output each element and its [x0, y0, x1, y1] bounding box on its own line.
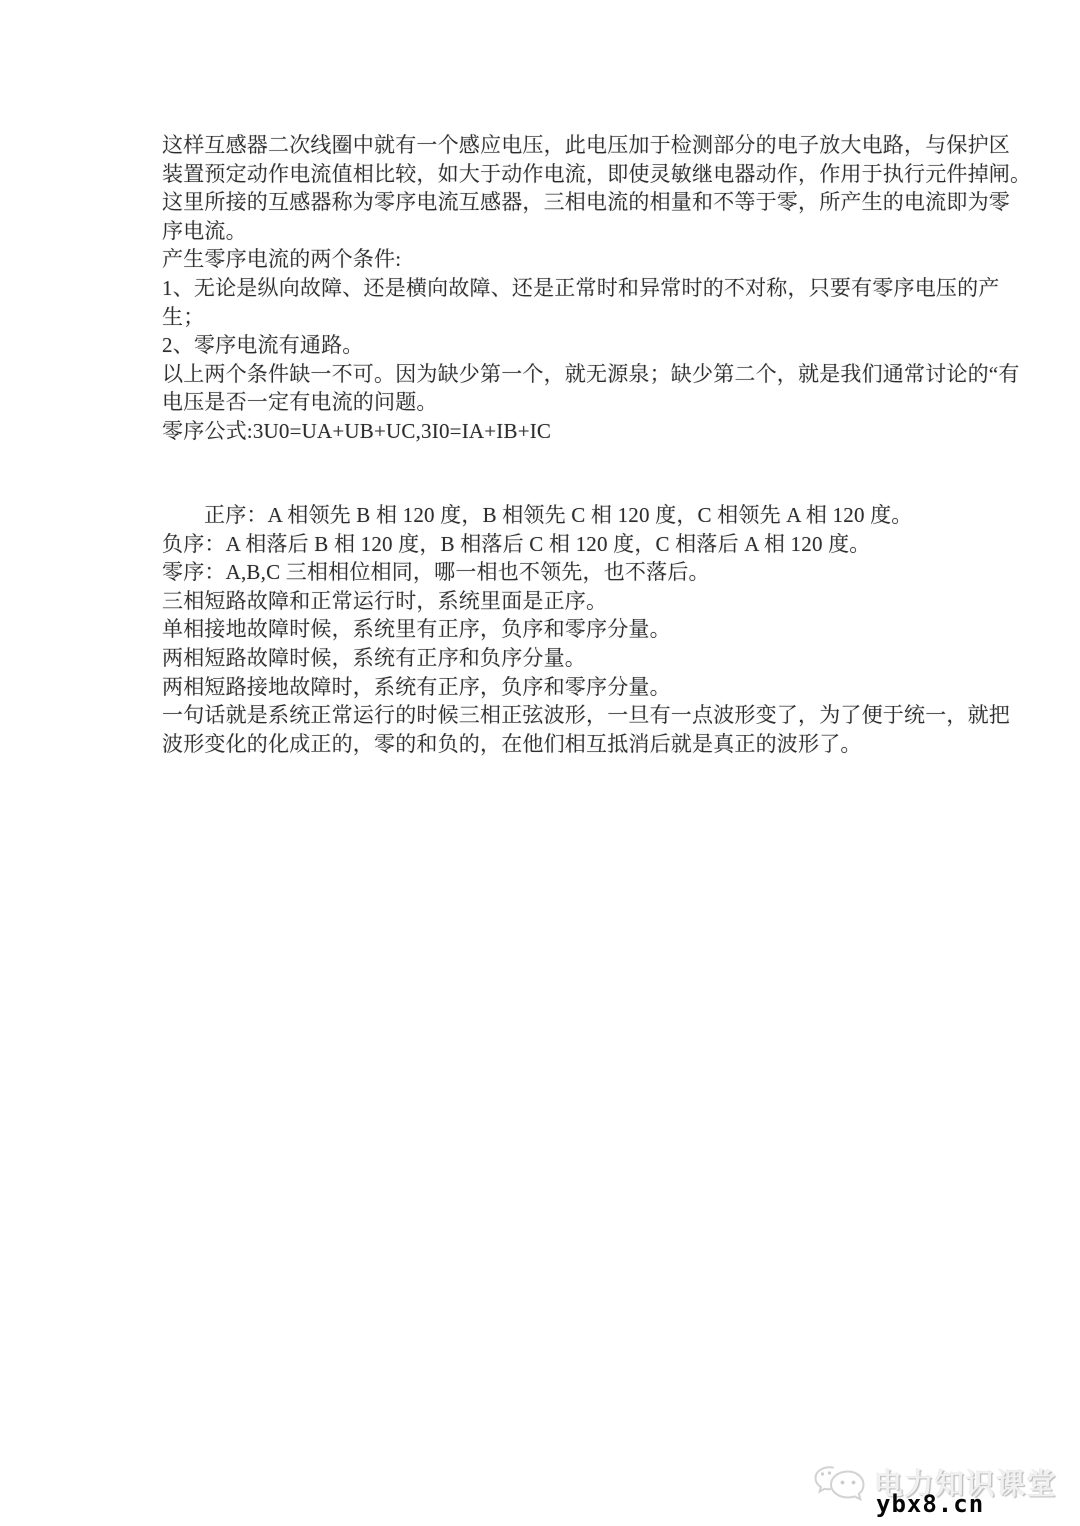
text-line: 以上两个条件缺一不可。因为缺少第一个，就无源泉；缺少第二个，就是我们通常讨论的“…: [162, 360, 952, 389]
text-line: 电压是否一定有电流的问题。: [162, 388, 952, 417]
text-line: 三相短路故障和正常运行时，系统里面是正序。: [162, 587, 952, 616]
text-line: 单相接地故障时候，系统里有正序，负序和零序分量。: [162, 615, 952, 644]
text-line: 这里所接的互感器称为零序电流互感器，三相电流的相量和不等于零，所产生的电流即为零: [162, 188, 952, 217]
text-line: 2、零序电流有通路。: [162, 331, 952, 360]
text-line: 装置预定动作电流值相比较，如大于动作电流，即使灵敏继电器动作，作用于执行元件掉闸…: [162, 160, 952, 189]
text-line: 一句话就是系统正常运行的时候三相正弦波形，一旦有一点波形变了，为了便于统一，就把: [162, 701, 952, 730]
text-line: 两相短路接地故障时，系统有正序，负序和零序分量。: [162, 673, 952, 702]
wechat-icon: [812, 1463, 870, 1503]
text-line: 零序：A,B,C 三相相位相同，哪一相也不领先，也不落后。: [162, 558, 952, 587]
text-line: 负序：A 相落后 B 相 120 度，B 相落后 C 相 120 度，C 相落后…: [162, 530, 952, 559]
text-line: 波形变化的化成正的，零的和负的，在他们相互抵消后就是真正的波形了。: [162, 730, 952, 759]
paragraph-phase-sequence: 正序：A 相领先 B 相 120 度，B 相领先 C 相 120 度，C 相领先…: [162, 501, 952, 758]
text-line: 这样互感器二次线圈中就有一个感应电压，此电压加于检测部分的电子放大电路，与保护区: [162, 131, 952, 160]
text-line: 产生零序电流的两个条件:: [162, 245, 952, 274]
document-page: 这样互感器二次线圈中就有一个感应电压，此电压加于检测部分的电子放大电路，与保护区…: [0, 0, 1080, 1526]
text-line: 序电流。: [162, 217, 952, 246]
watermark: 电力知识课堂 ybx8.cn: [812, 1462, 1064, 1518]
text-line: 生；: [162, 303, 952, 332]
text-line: 正序：A 相领先 B 相 120 度，B 相领先 C 相 120 度，C 相领先…: [162, 501, 952, 530]
paragraph-zero-sequence-current: 这样互感器二次线圈中就有一个感应电压，此电压加于检测部分的电子放大电路，与保护区…: [162, 131, 952, 446]
text-line: 零序公式:3U0=UA+UB+UC,3I0=IA+IB+IC: [162, 417, 952, 446]
text-line: 1、无论是纵向故障、还是横向故障、还是正常时和异常时的不对称，只要有零序电压的产: [162, 274, 952, 303]
text-line: 两相短路故障时候，系统有正序和负序分量。: [162, 644, 952, 673]
